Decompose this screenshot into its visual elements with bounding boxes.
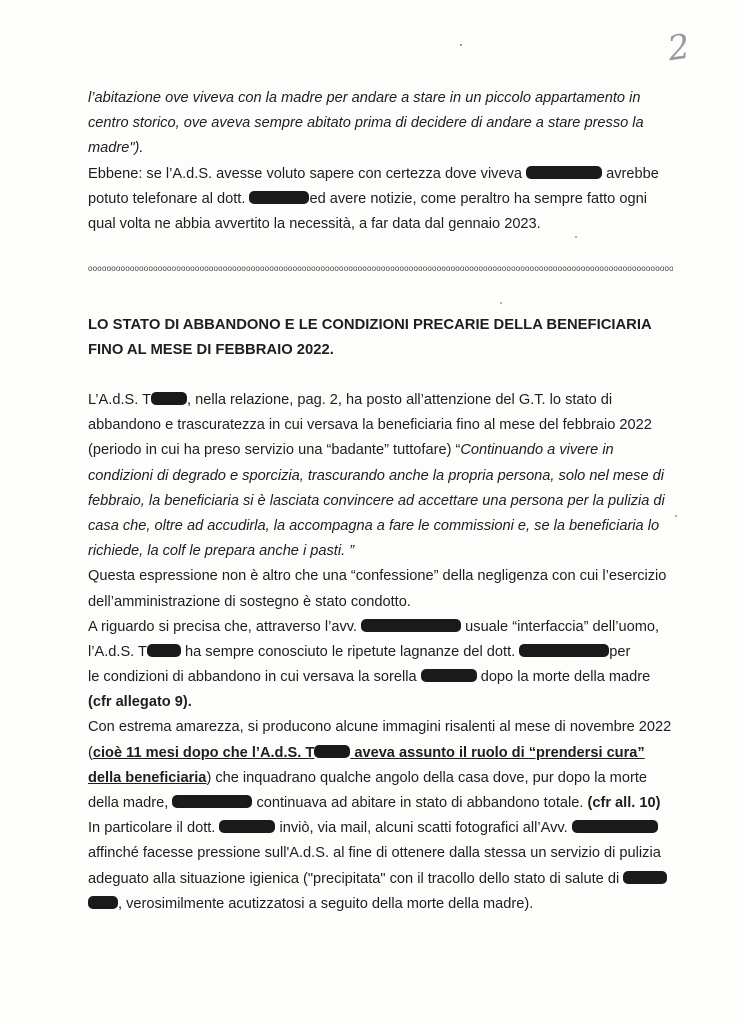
scan-speck xyxy=(460,44,462,46)
text-fragment: , verosimilmente acutizzatosi a seguito … xyxy=(118,896,533,912)
separator-line: oooooooooooooooooooooooooooooooooooooooo… xyxy=(88,264,673,273)
reference-fragment: (cfr all. 10) xyxy=(587,795,660,811)
redaction-mark xyxy=(361,619,461,632)
redaction-mark xyxy=(519,644,609,657)
text-line: l’abitazione ove viveva con la madre per… xyxy=(88,86,673,111)
redaction-mark xyxy=(526,166,602,179)
section-body: L’A.d.S. T, nella relazione, pag. 2, ha … xyxy=(88,388,678,917)
text-line: dell’amministrazione di sostegno è stato… xyxy=(88,590,678,615)
emphasis-fragment: cioè 11 mesi dopo che l’A.d.S. T aveva a… xyxy=(93,745,645,761)
redaction-mark xyxy=(572,820,658,833)
text-fragment: Ebbene: se l’A.d.S. avesse voluto sapere… xyxy=(88,166,522,182)
reference-line: (cfr allegato 9). xyxy=(88,690,678,715)
text-fragment: usuale “interfaccia” dell’uomo, xyxy=(465,619,659,635)
text-line: , verosimilmente acutizzatosi a seguito … xyxy=(88,892,678,917)
quote-fragment: Continuando a vivere in xyxy=(460,442,613,458)
text-fragment: dopo la morte della madre xyxy=(481,669,651,685)
text-fragment: , nella relazione, pag. 2, ha posto all’… xyxy=(187,392,612,408)
text-fragment: ha sempre conosciuto le ripetute lagnanz… xyxy=(185,644,515,660)
text-line: Questa espressione non è altro che una “… xyxy=(88,564,678,589)
redaction-mark xyxy=(623,871,667,884)
text-line: l’A.d.S. T ha sempre conosciuto le ripet… xyxy=(88,640,678,665)
redaction-mark xyxy=(147,644,181,657)
text-line: affinché facesse pressione sull'A.d.S. a… xyxy=(88,841,678,866)
text-fragment: A riguardo si precisa che, attraverso l’… xyxy=(88,619,357,635)
redaction-mark xyxy=(314,745,350,758)
text-fragment: potuto telefonare al dott. xyxy=(88,191,245,207)
handwritten-page-number: 2 xyxy=(665,27,692,70)
quote-line: febbraio, la beneficiaria si è lasciata … xyxy=(88,489,678,514)
text-fragment: cioè 11 mesi dopo che l’A.d.S. T xyxy=(93,745,314,761)
text-fragment: le condizioni di abbandono in cui versav… xyxy=(88,669,417,685)
quote-line: richiede, la colf le prepara anche i pas… xyxy=(88,539,678,564)
text-fragment: ) che inquadrano qualche angolo della ca… xyxy=(206,770,647,786)
text-line: centro storico, ove aveva sempre abitato… xyxy=(88,111,673,136)
scan-speck xyxy=(500,302,502,304)
text-line: A riguardo si precisa che, attraverso l’… xyxy=(88,615,678,640)
emphasis-fragment: della beneficiaria xyxy=(88,770,206,786)
scan-speck xyxy=(575,236,577,238)
text-fragment: ed avere notizie, come peraltro ha sempr… xyxy=(309,191,646,207)
section-residence: l’abitazione ove viveva con la madre per… xyxy=(88,86,673,237)
text-fragment: aveva assunto il ruolo di “prendersi cur… xyxy=(354,745,644,761)
text-fragment: inviò, via mail, alcuni scatti fotografi… xyxy=(279,820,567,836)
text-fragment: avrebbe xyxy=(606,166,659,182)
text-line: della beneficiaria) che inquadrano qualc… xyxy=(88,766,678,791)
text-fragment: L’A.d.S. T xyxy=(88,392,151,408)
redaction-mark xyxy=(249,191,309,204)
quote-line: casa che, oltre ad accudirla, la accompa… xyxy=(88,514,678,539)
text-fragment: (periodo in cui ha preso servizio una “b… xyxy=(88,442,460,458)
redaction-mark xyxy=(88,896,118,909)
text-line: le condizioni di abbandono in cui versav… xyxy=(88,665,678,690)
redaction-mark xyxy=(421,669,477,682)
scan-speck xyxy=(675,515,677,517)
section-heading: LO STATO DI ABBANDONO E LE CONDIZIONI PR… xyxy=(88,313,688,363)
quote-line: condizioni di degrado e sporcizia, trasc… xyxy=(88,464,678,489)
text-line: abbandono e trascuratezza in cui versava… xyxy=(88,413,678,438)
text-fragment: della madre, xyxy=(88,795,168,811)
heading-line: LO STATO DI ABBANDONO E LE CONDIZIONI PR… xyxy=(88,313,688,338)
redaction-mark xyxy=(151,392,187,405)
text-fragment: l’A.d.S. T xyxy=(88,644,147,660)
text-line: potuto telefonare al dott. ed avere noti… xyxy=(88,187,673,212)
redaction-mark xyxy=(219,820,275,833)
text-line: qual volta ne abbia avvertito la necessi… xyxy=(88,212,673,237)
text-line: Con estrema amarezza, si producono alcun… xyxy=(88,715,678,740)
text-line: adeguato alla situazione igienica ("prec… xyxy=(88,867,678,892)
heading-line: FINO AL MESE DI FEBBRAIO 2022. xyxy=(88,338,688,363)
text-fragment: In particolare il dott. xyxy=(88,820,215,836)
text-line: Ebbene: se l’A.d.S. avesse voluto sapere… xyxy=(88,162,673,187)
text-line: L’A.d.S. T, nella relazione, pag. 2, ha … xyxy=(88,388,678,413)
text-line: madre"). xyxy=(88,136,673,161)
text-line: della madre, continuava ad abitare in st… xyxy=(88,791,678,816)
redaction-mark xyxy=(172,795,252,808)
text-line: (periodo in cui ha preso servizio una “b… xyxy=(88,438,678,463)
text-fragment: continuava ad abitare in stato di abband… xyxy=(256,795,583,811)
text-line: (cioè 11 mesi dopo che l’A.d.S. T aveva … xyxy=(88,741,678,766)
text-fragment: per xyxy=(609,644,630,660)
text-line: In particolare il dott. inviò, via mail,… xyxy=(88,816,678,841)
text-fragment: adeguato alla situazione igienica ("prec… xyxy=(88,871,619,887)
